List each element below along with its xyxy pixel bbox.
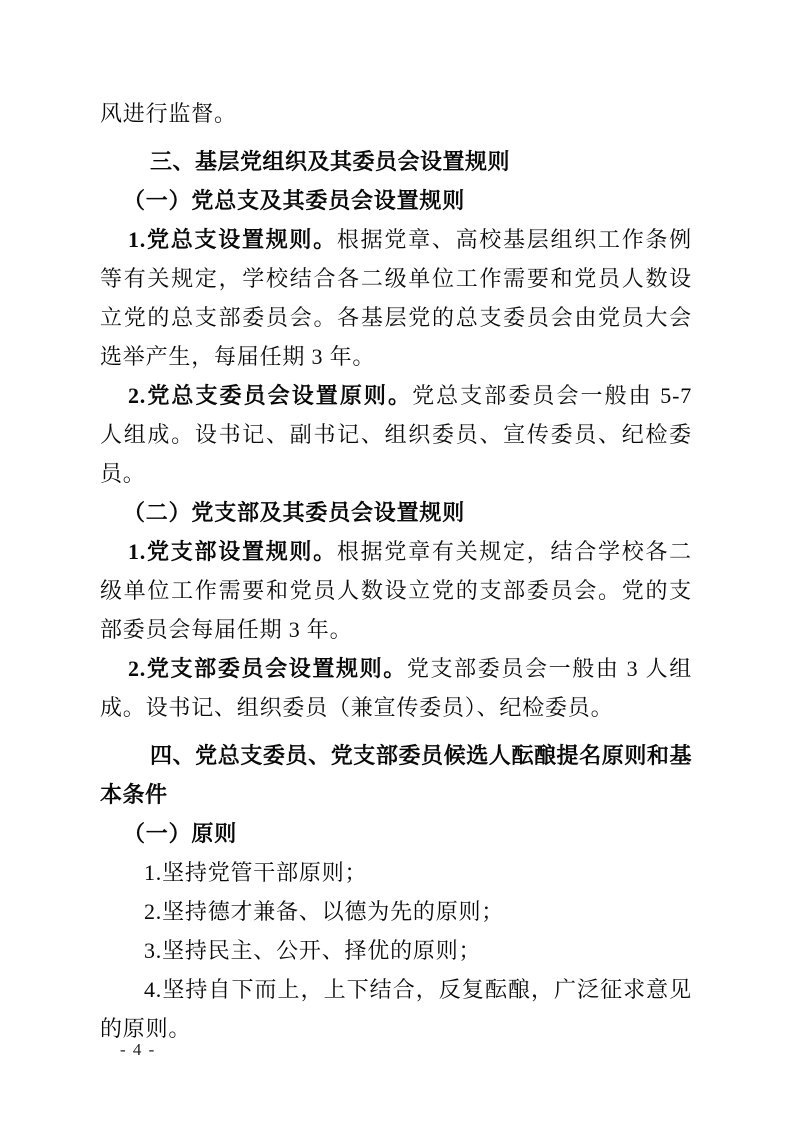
document-page: 风进行监督。 三、基层党组织及其委员会设置规则 （一）党总支及其委员会设置规则 … bbox=[0, 0, 793, 1122]
paragraph: 1.党总支设置规则。根据党章、高校基层组织工作条例等有关规定，学校结合各二级单位… bbox=[100, 220, 692, 376]
paragraph: 1.党支部设置规则。根据党章有关规定，结合学校各二级单位工作需要和党员人数设立党… bbox=[100, 532, 692, 649]
paragraph-lead: 1.党总支设置规则。 bbox=[128, 227, 337, 252]
page-number: - 4 - bbox=[120, 1040, 156, 1060]
paragraph: 2.党支部委员会设置规则。党支部委员会一般由 3 人组成。设书记、组织委员（兼宣… bbox=[100, 649, 692, 727]
list-item: 2.坚持德才兼备、以德为先的原则； bbox=[100, 892, 692, 931]
paragraph-lead: 1.党支部设置规则。 bbox=[128, 539, 337, 564]
subsection-heading: （一）原则 bbox=[100, 814, 692, 853]
section-heading-4: 四、党总支委员、党支部委员候选人酝酿提名原则和基本条件 bbox=[100, 736, 692, 814]
paragraph: 2.党总支委员会设置原则。党总支部委员会一般由 5-7 人组成。设书记、副书记、… bbox=[100, 376, 692, 493]
list-item: 1.坚持党管干部原则； bbox=[100, 853, 692, 892]
section-heading-3: 三、基层党组织及其委员会设置规则 bbox=[100, 142, 692, 181]
paragraph-lead: 2.党支部委员会设置规则。 bbox=[128, 656, 407, 681]
document-body: 风进行监督。 三、基层党组织及其委员会设置规则 （一）党总支及其委员会设置规则 … bbox=[100, 94, 692, 1048]
subsection-heading: （二）党支部及其委员会设置规则 bbox=[100, 493, 692, 532]
list-item: 3.坚持民主、公开、择优的原则； bbox=[100, 931, 692, 970]
paragraph-lead: 2.党总支委员会设置原则。 bbox=[128, 383, 412, 408]
paragraph-continuation: 风进行监督。 bbox=[100, 94, 692, 133]
list-item: 4.坚持自下而上，上下结合，反复酝酿，广泛征求意见的原则。 bbox=[100, 970, 692, 1048]
subsection-heading: （一）党总支及其委员会设置规则 bbox=[100, 181, 692, 220]
